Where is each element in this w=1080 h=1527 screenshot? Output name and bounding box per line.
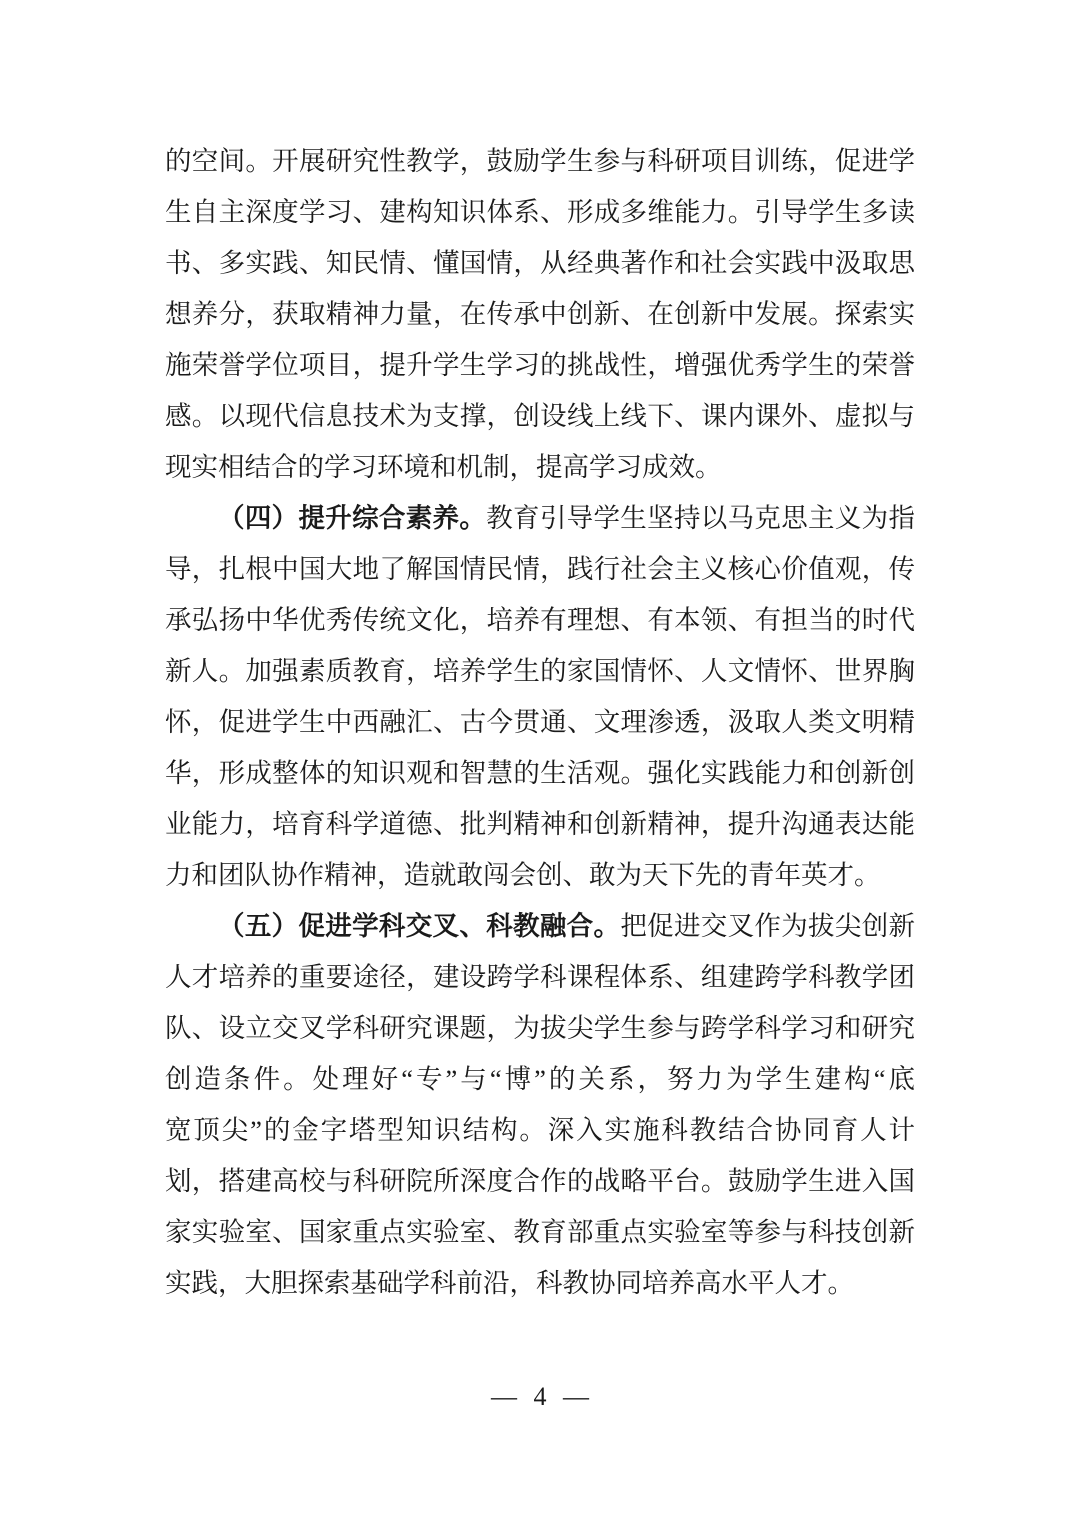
text-segment: 华，形成整体的知识观和智慧的生活观。强化实践能力和创新创 xyxy=(165,758,915,788)
text-line: 感。以现代信息技术为支撑，创设线上线下、课内课外、虚拟与 xyxy=(165,391,915,442)
text-segment: 新人。加强素质教育，培养学生的家国情怀、人文情怀、世界胸 xyxy=(165,656,915,686)
text-segment: 怀，促进学生中西融汇、古今贯通、文理渗透，汲取人类文明精 xyxy=(165,707,915,737)
text-segment: 力和团队协作精神，造就敢闯会创、敢为天下先的青年英才。 xyxy=(165,860,881,890)
text-line: 导，扎根中国大地了解国情民情，践行社会主义核心价值观，传 xyxy=(165,544,915,595)
text-line: 力和团队协作精神，造就敢闯会创、敢为天下先的青年英才。 xyxy=(165,850,915,901)
text-segment: 施荣誉学位项目，提升学生学习的挑战性，增强优秀学生的荣誉 xyxy=(165,350,915,380)
text-segment: 家实验室、国家重点实验室、教育部重点实验室等参与科技创新 xyxy=(165,1217,915,1247)
text-line: 宽顶尖”的金字塔型知识结构。深入实施科教结合协同育人计 xyxy=(165,1105,915,1156)
text-line: 华，形成整体的知识观和智慧的生活观。强化实践能力和创新创 xyxy=(165,748,915,799)
footer-dash-right: — xyxy=(563,1382,589,1412)
page-number: 4 xyxy=(534,1382,547,1412)
text-segment: 感。以现代信息技术为支撑，创设线上线下、课内课外、虚拟与 xyxy=(165,401,915,431)
text-line: 划，搭建高校与科研院所深度合作的战略平台。鼓励学生进入国 xyxy=(165,1156,915,1207)
text-segment: 现实相结合的学习环境和机制，提高学习成效。 xyxy=(165,452,722,482)
text-line: 施荣誉学位项目，提升学生学习的挑战性，增强优秀学生的荣誉 xyxy=(165,340,915,391)
text-segment: 生自主深度学习、建构知识体系、形成多维能力。引导学生多读 xyxy=(165,197,915,227)
text-segment: 人才培养的重要途径，建设跨学科课程体系、组建跨学科教学团 xyxy=(165,962,915,992)
text-line: 业能力，培育科学道德、批判精神和创新精神，提升沟通表达能 xyxy=(165,799,915,850)
text-segment: 教育引导学生坚持以马克思主义为指 xyxy=(486,503,915,533)
text-line: 想养分，获取精神力量，在传承中创新、在创新中发展。探索实 xyxy=(165,289,915,340)
document-page: 的空间。开展研究性教学，鼓励学生参与科研项目训练，促进学生自主深度学习、建构知识… xyxy=(0,0,1080,1527)
text-segment: 想养分，获取精神力量，在传承中创新、在创新中发展。探索实 xyxy=(165,299,915,329)
text-line: 承弘扬中华优秀传统文化，培养有理想、有本领、有担当的时代 xyxy=(165,595,915,646)
text-segment: 队、设立交叉学科研究课题，为拔尖学生参与跨学科学习和研究 xyxy=(165,1013,915,1043)
text-segment: 把促进交叉作为拔尖创新 xyxy=(620,911,915,941)
text-line: 人才培养的重要途径，建设跨学科课程体系、组建跨学科教学团 xyxy=(165,952,915,1003)
text-line: 生自主深度学习、建构知识体系、形成多维能力。引导学生多读 xyxy=(165,187,915,238)
text-line: 创造条件。处理好“专”与“博”的关系，努力为学生建构“底 xyxy=(165,1054,915,1105)
text-segment: 的空间。开展研究性教学，鼓励学生参与科研项目训练，促进学 xyxy=(165,146,915,176)
text-segment: 导，扎根中国大地了解国情民情，践行社会主义核心价值观，传 xyxy=(165,554,915,584)
text-line: 书、多实践、知民情、懂国情，从经典著作和社会实践中汲取思 xyxy=(165,238,915,289)
document-body: 的空间。开展研究性教学，鼓励学生参与科研项目训练，促进学生自主深度学习、建构知识… xyxy=(165,136,915,1309)
page-footer: — 4 — xyxy=(165,1382,915,1412)
text-line: （四）提升综合素养。教育引导学生坚持以马克思主义为指 xyxy=(165,493,915,544)
text-segment: 承弘扬中华优秀传统文化，培养有理想、有本领、有担当的时代 xyxy=(165,605,915,635)
text-line: 队、设立交叉学科研究课题，为拔尖学生参与跨学科学习和研究 xyxy=(165,1003,915,1054)
section-heading: （五）促进学科交叉、科教融合。 xyxy=(218,911,620,941)
text-segment: 书、多实践、知民情、懂国情，从经典著作和社会实践中汲取思 xyxy=(165,248,915,278)
text-line: （五）促进学科交叉、科教融合。把促进交叉作为拔尖创新 xyxy=(165,901,915,952)
text-line: 的空间。开展研究性教学，鼓励学生参与科研项目训练，促进学 xyxy=(165,136,915,187)
text-segment: 划，搭建高校与科研院所深度合作的战略平台。鼓励学生进入国 xyxy=(165,1166,915,1196)
section-heading: （四）提升综合素养。 xyxy=(218,503,486,533)
text-segment: 创造条件。处理好“专”与“博”的关系，努力为学生建构“底 xyxy=(165,1064,915,1094)
text-line: 家实验室、国家重点实验室、教育部重点实验室等参与科技创新 xyxy=(165,1207,915,1258)
text-segment: 宽顶尖”的金字塔型知识结构。深入实施科教结合协同育人计 xyxy=(165,1115,915,1145)
footer-dash-left: — xyxy=(491,1382,517,1412)
text-line: 现实相结合的学习环境和机制，提高学习成效。 xyxy=(165,442,915,493)
text-segment: 业能力，培育科学道德、批判精神和创新精神，提升沟通表达能 xyxy=(165,809,915,839)
text-line: 怀，促进学生中西融汇、古今贯通、文理渗透，汲取人类文明精 xyxy=(165,697,915,748)
text-line: 实践，大胆探索基础学科前沿，科教协同培养高水平人才。 xyxy=(165,1258,915,1309)
text-line: 新人。加强素质教育，培养学生的家国情怀、人文情怀、世界胸 xyxy=(165,646,915,697)
text-segment: 实践，大胆探索基础学科前沿，科教协同培养高水平人才。 xyxy=(165,1268,854,1298)
